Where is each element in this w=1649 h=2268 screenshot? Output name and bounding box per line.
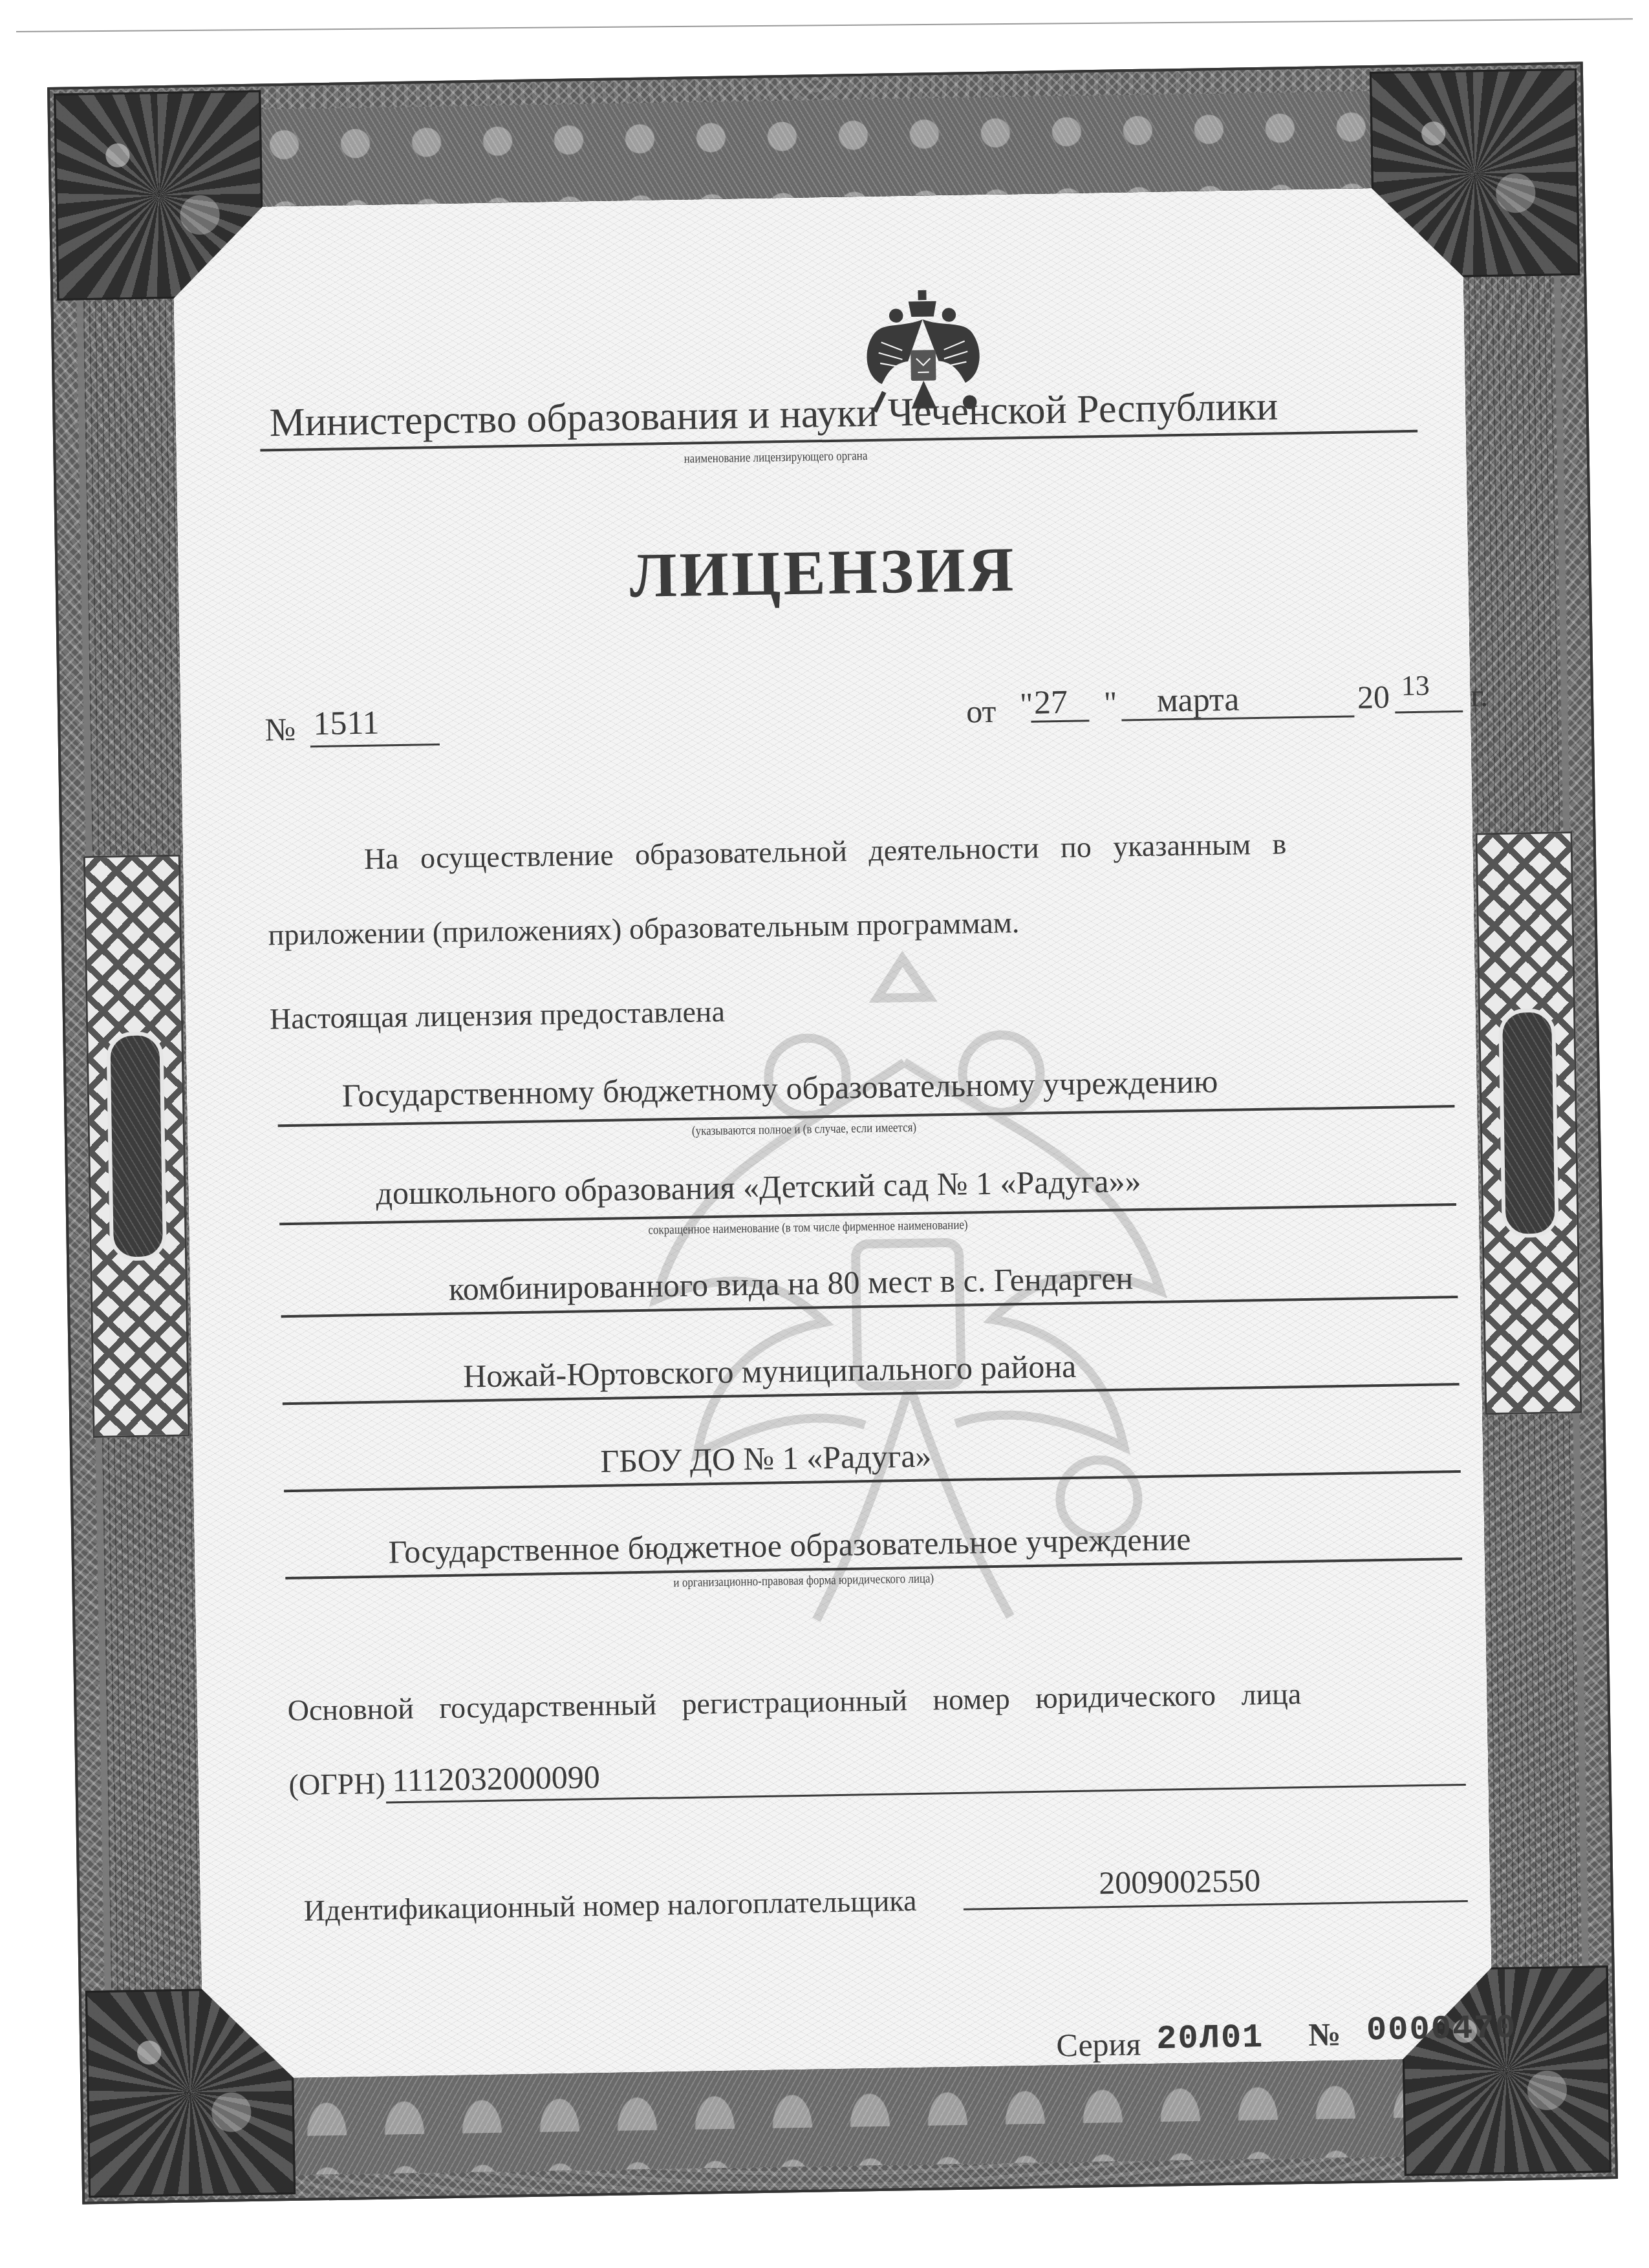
year-prefix: 20 xyxy=(1357,678,1390,716)
date-month: марта xyxy=(1156,680,1239,720)
date-prefix: от xyxy=(966,692,997,731)
license-certificate: Министерство образования и науки Чеченск… xyxy=(47,62,1618,2205)
document-title: ЛИЦЕНЗИЯ xyxy=(629,533,1017,612)
date-quote-close: " xyxy=(1104,684,1117,722)
form-series: 20Л01 xyxy=(1156,2018,1264,2059)
inn-value: 2009002550 xyxy=(1099,1861,1261,1901)
licensee-short-name: ГБОУ ДО № 1 «Радуга» xyxy=(600,1437,932,1480)
celtic-knot-ornament-icon xyxy=(83,855,190,1438)
date-quote-open: " xyxy=(1020,685,1033,723)
form-number: 0000470 xyxy=(1366,2009,1517,2050)
license-number-label: № xyxy=(264,711,296,749)
celtic-knot-ornament-icon xyxy=(1475,831,1582,1415)
form-series-label: Серия xyxy=(1056,2025,1141,2064)
cartouche xyxy=(106,1031,167,1261)
ogrn-value: 1112032000090 xyxy=(392,1758,600,1799)
license-number: 1511 xyxy=(313,704,380,744)
ogrn-label-line-2: (ОГРН) xyxy=(288,1766,385,1802)
form-number-label: № xyxy=(1308,2015,1341,2053)
date-day: 27 xyxy=(1034,683,1068,722)
scan-edge-line xyxy=(16,18,1633,32)
year-abbreviation: г. xyxy=(1470,676,1488,714)
authority-caption: наименование лицензирующего органа xyxy=(684,449,867,467)
cartouche xyxy=(1498,1008,1559,1237)
year-suffix: 13 xyxy=(1401,669,1430,703)
